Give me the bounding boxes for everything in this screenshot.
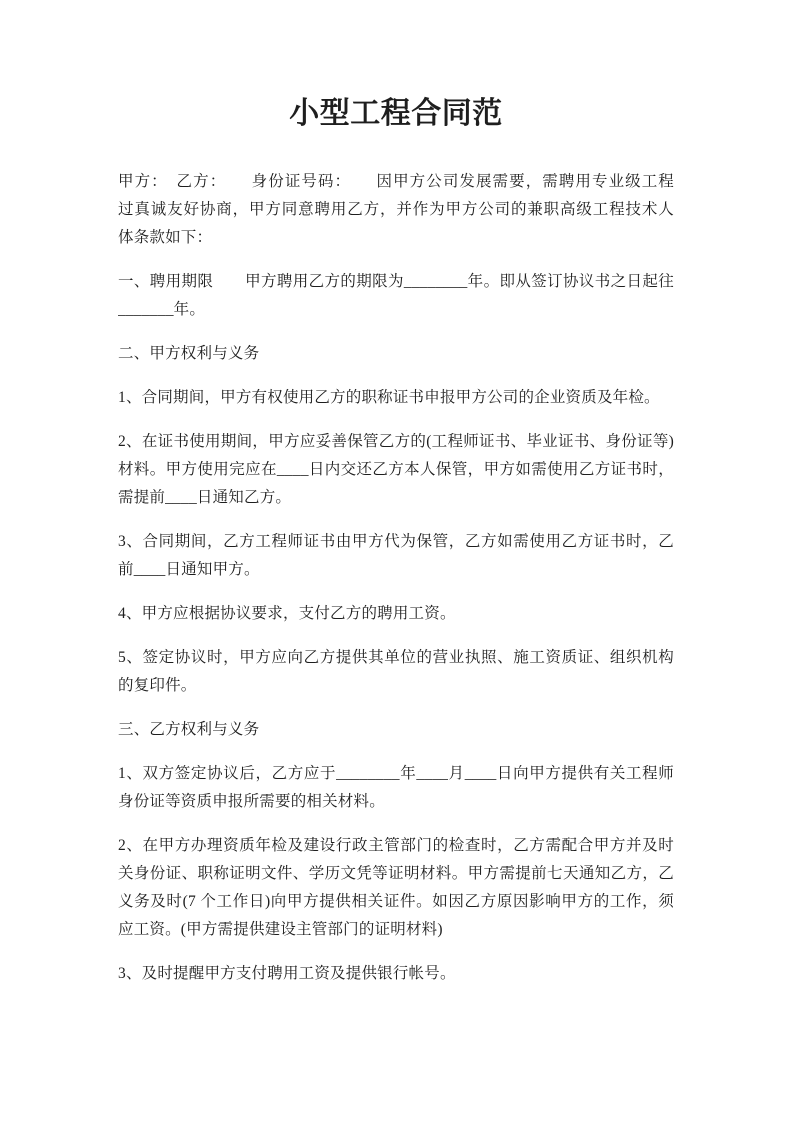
paragraph: 3、合同期间，乙方工程师证书由甲方代为保管，乙方如需使用乙方证书时，乙方需提前_… xyxy=(118,528,674,584)
text-line: 应工资。(甲方需提供建设主管部门的证明材料) xyxy=(118,916,674,944)
text-line: 1、双方签定协议后，乙方应于________年____月____日向甲方提供有关… xyxy=(118,760,674,788)
paragraph: 三、乙方权利与义务 xyxy=(118,716,674,744)
paragraph: 二、甲方权利与义务 xyxy=(118,340,674,368)
paragraph: 甲方： 乙方： 身份证号码： 因甲方公司发展需要，需聘用专业级工程师，经过真诚友… xyxy=(118,168,674,252)
text-line: 5、签定协议时，甲方应向乙方提供其单位的营业执照、施工资质证、组织机构代码证 xyxy=(118,644,674,672)
paragraph: 一、聘用期限 甲方聘用乙方的期限为________年。即从签订协议书之日起往后推… xyxy=(118,268,674,324)
text-line: 材料。甲方使用完应在____日内交还乙方本人保管，甲方如需使用乙方证书时，甲方 xyxy=(118,456,674,484)
paragraph: 1、双方签定协议后，乙方应于________年____月____日向甲方提供有关… xyxy=(118,760,674,816)
document-body: 甲方： 乙方： 身份证号码： 因甲方公司发展需要，需聘用专业级工程师，经过真诚友… xyxy=(118,168,674,988)
text-line: 一、聘用期限 甲方聘用乙方的期限为________年。即从签订协议书之日起往后推 xyxy=(118,268,674,296)
text-line: 过真诚友好协商，甲方同意聘用乙方，并作为甲方公司的兼职高级工程技术人员，具 xyxy=(118,196,674,224)
paragraph: 4、甲方应根据协议要求，支付乙方的聘用工资。 xyxy=(118,600,674,628)
text-line: 体条款如下： xyxy=(118,224,674,252)
text-line: 3、及时提醒甲方支付聘用工资及提供银行帐号。 xyxy=(118,960,674,988)
document-title: 小型工程合同范 xyxy=(118,97,674,130)
paragraph: 2、在甲方办理资质年检及建设行政主管部门的检查时，乙方需配合甲方并及时提供有关身… xyxy=(118,832,674,944)
text-line: 4、甲方应根据协议要求，支付乙方的聘用工资。 xyxy=(118,600,674,628)
text-line: 三、乙方权利与义务 xyxy=(118,716,674,744)
paragraph: 1、合同期间，甲方有权使用乙方的职称证书申报甲方公司的企业资质及年检。 xyxy=(118,384,674,412)
text-line: 2、在甲方办理资质年检及建设行政主管部门的检查时，乙方需配合甲方并及时提供有 xyxy=(118,832,674,860)
paragraph: 3、及时提醒甲方支付聘用工资及提供银行帐号。 xyxy=(118,960,674,988)
text-line: 前____日通知甲方。 xyxy=(118,556,674,584)
text-line: _______年。 xyxy=(118,296,674,324)
text-line: 需提前____日通知乙方。 xyxy=(118,484,674,512)
text-line: 3、合同期间，乙方工程师证书由甲方代为保管，乙方如需使用乙方证书时，乙方需提 xyxy=(118,528,674,556)
text-line: 身份证等资质申报所需要的相关材料。 xyxy=(118,788,674,816)
paragraph: 5、签定协议时，甲方应向乙方提供其单位的营业执照、施工资质证、组织机构代码证的复… xyxy=(118,644,674,700)
text-line: 1、合同期间，甲方有权使用乙方的职称证书申报甲方公司的企业资质及年检。 xyxy=(118,384,674,412)
text-line: 关身份证、职称证明文件、学历文凭等证明材料。甲方需提前七天通知乙方，乙方有 xyxy=(118,860,674,888)
text-line: 义务及时(7 个工作日)向甲方提供相关证件。如因乙方原因影响甲方的工作，须退还相 xyxy=(118,888,674,916)
document-page: 小型工程合同范 甲方： 乙方： 身份证号码： 因甲方公司发展需要，需聘用专业级工… xyxy=(0,0,793,1122)
text-line: 甲方： 乙方： 身份证号码： 因甲方公司发展需要，需聘用专业级工程师，经 xyxy=(118,168,674,196)
paragraph: 2、在证书使用期间，甲方应妥善保管乙方的(工程师证书、毕业证书、身份证等)有关材… xyxy=(118,428,674,512)
text-line: 2、在证书使用期间，甲方应妥善保管乙方的(工程师证书、毕业证书、身份证等)有关 xyxy=(118,428,674,456)
text-line: 的复印件。 xyxy=(118,672,674,700)
text-line: 二、甲方权利与义务 xyxy=(118,340,674,368)
